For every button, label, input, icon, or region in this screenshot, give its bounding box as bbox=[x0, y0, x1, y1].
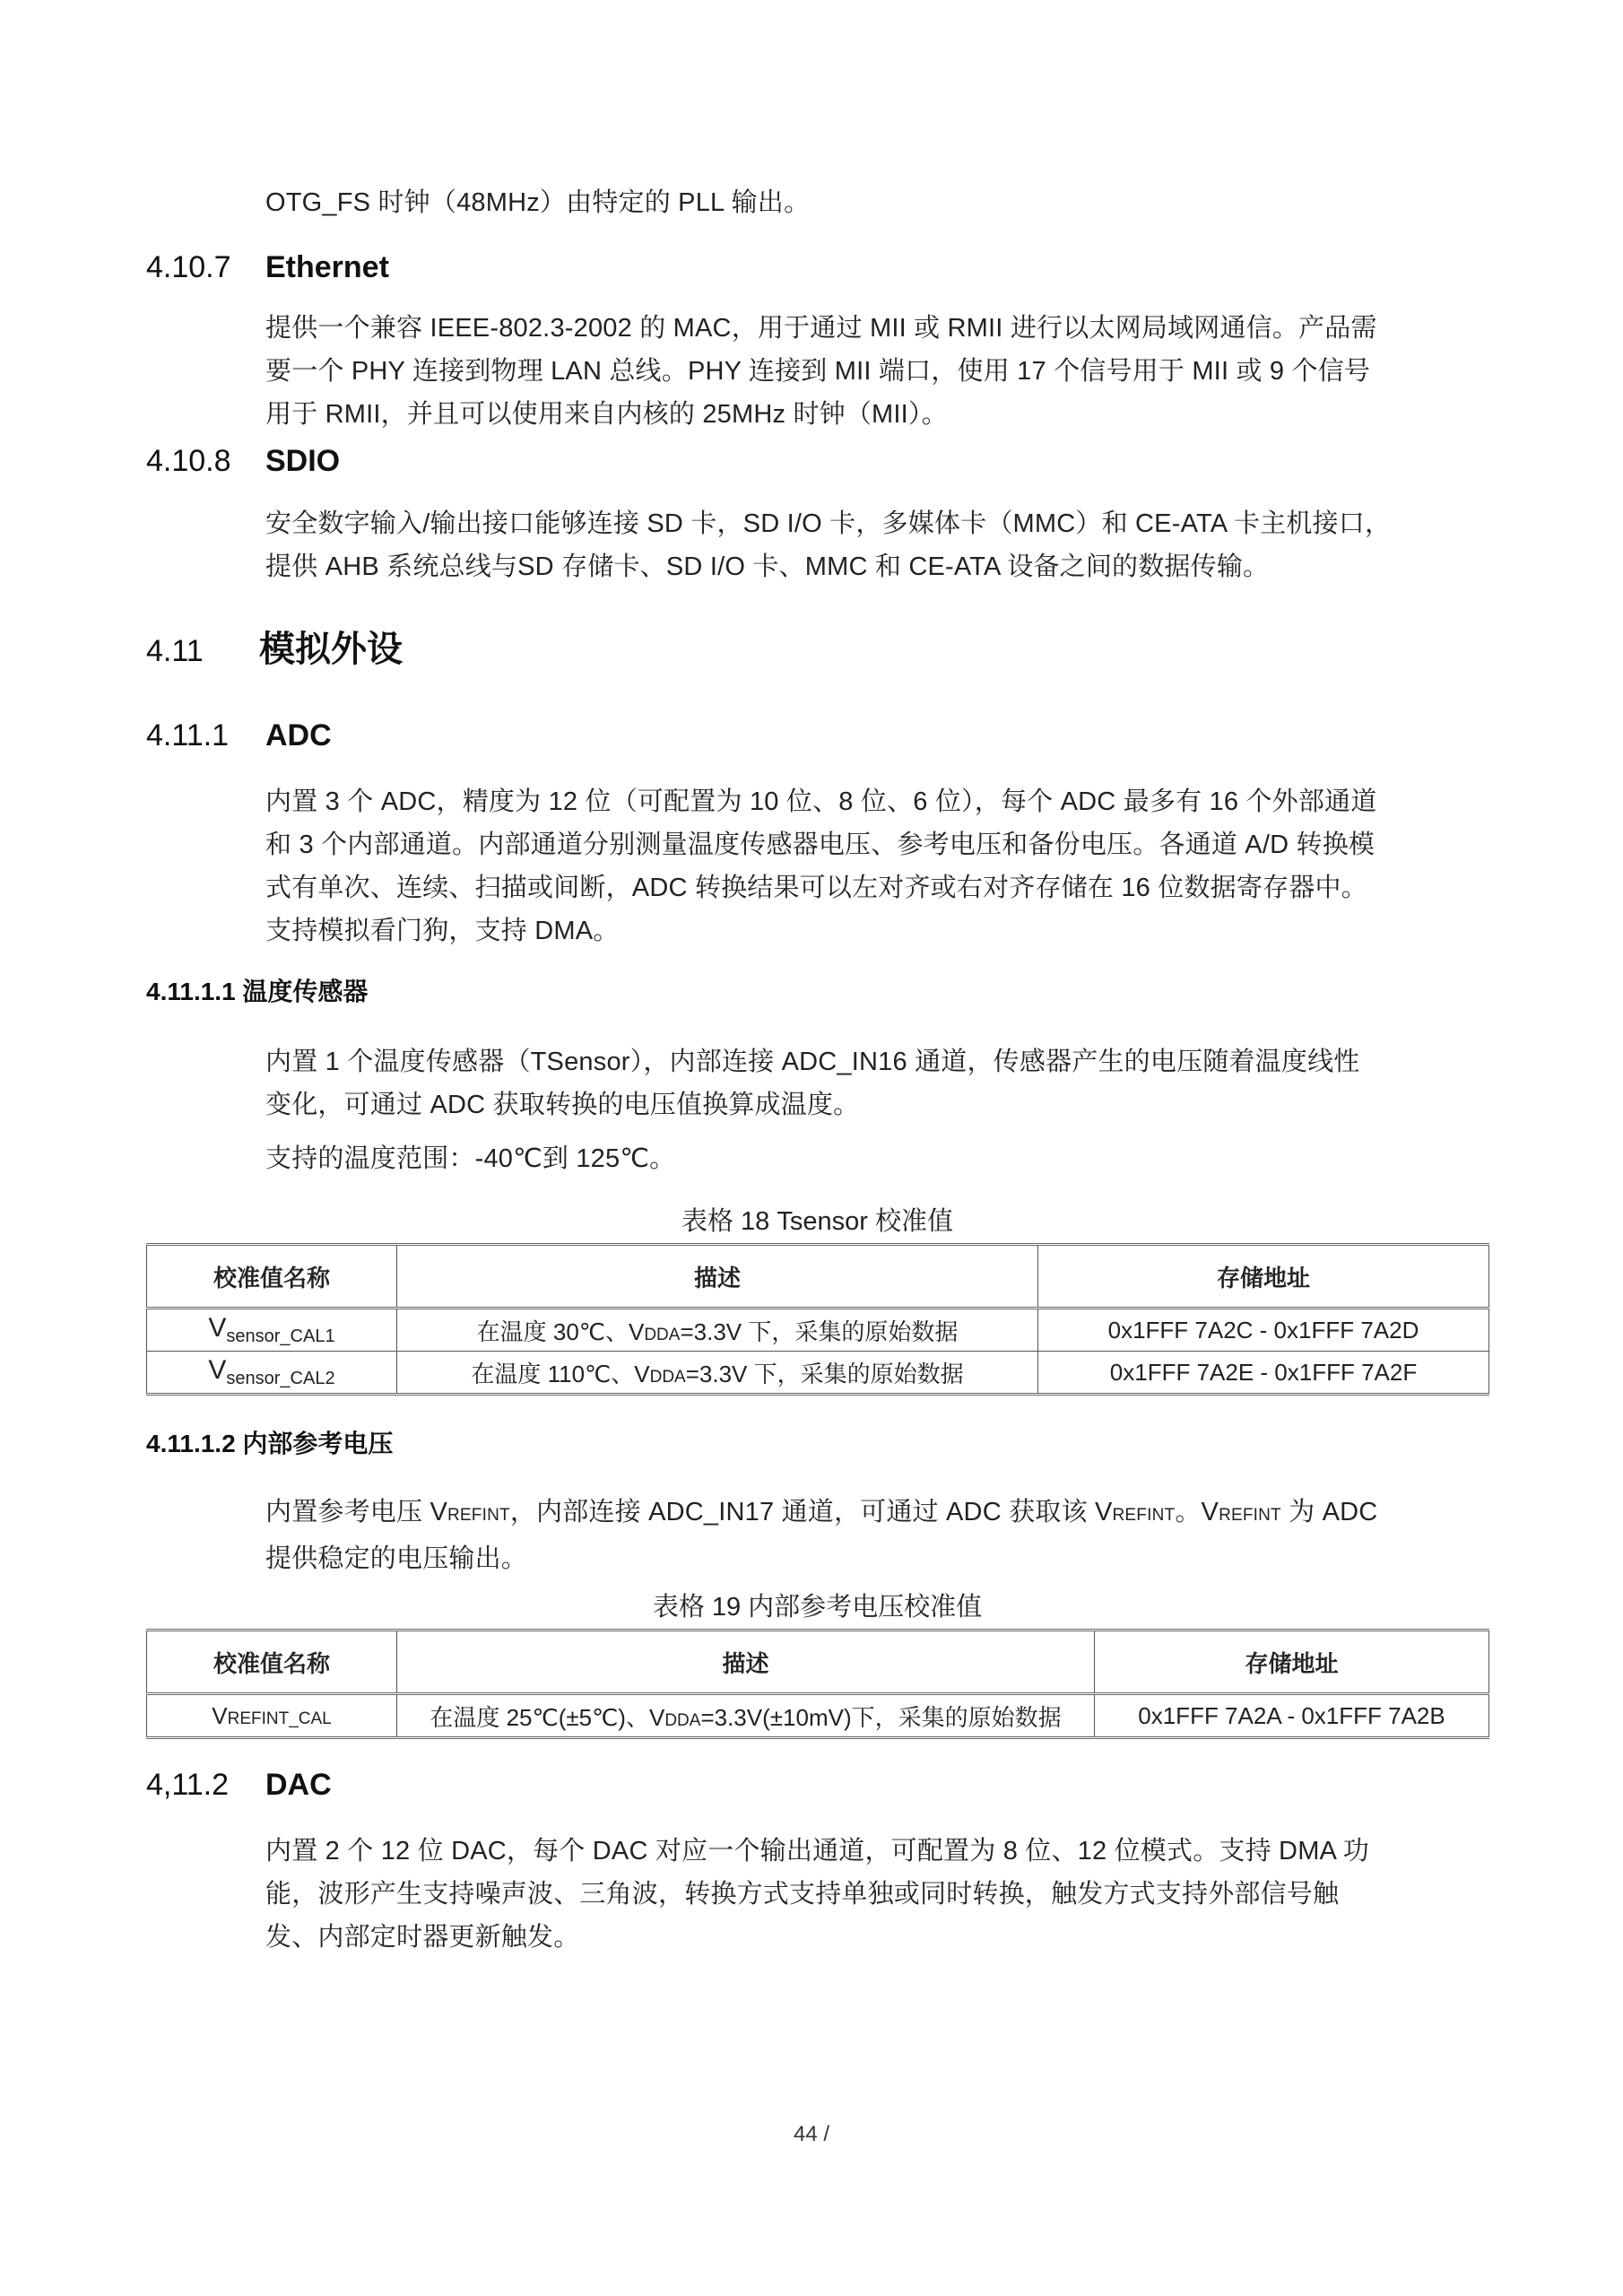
calibration-description: 在温度 30℃、VDDA=3.3V 下，采集的原始数据 bbox=[397, 1309, 1038, 1352]
text-line: 内置参考电压 VREFINT，内部连接 ADC_IN17 通道，可通过 ADC … bbox=[265, 1491, 1485, 1537]
text-line: 能，波形产生支持噪声波、三角波，转换方式支持单独或同时转换，触发方式支持外部信号… bbox=[265, 1873, 1485, 1916]
section-heading-analog-peripherals: 4.11模拟外设 bbox=[146, 628, 403, 673]
calibration-description: 在温度 25℃(±5℃)、VDDA=3.3V(±10mV)下，采集的原始数据 bbox=[397, 1694, 1095, 1738]
table-19-caption: 表格 19 内部参考电压校准值 bbox=[146, 1591, 1488, 1623]
table-row: VREFINT_CAL 在温度 25℃(±5℃)、VDDA=3.3V(±10mV… bbox=[147, 1694, 1489, 1738]
text-line: 安全数字输入/输出接口能够连接 SD 卡，SD I/O 卡，多媒体卡（MMC）和… bbox=[265, 502, 1485, 545]
section-title: Ethernet bbox=[265, 250, 389, 284]
intro-paragraph: OTG_FS 时钟（48MHz）由特定的 PLL 输出。 bbox=[265, 181, 1485, 224]
vrefint-paragraph: 内置参考电压 VREFINT，内部连接 ADC_IN17 通道，可通过 ADC … bbox=[265, 1491, 1485, 1580]
section-title: 模拟外设 bbox=[259, 630, 403, 669]
text-line: 变化，可通过 ADC 获取转换的电压值换算成温度。 bbox=[265, 1083, 1485, 1126]
sdio-paragraph: 安全数字输入/输出接口能够连接 SD 卡，SD I/O 卡，多媒体卡（MMC）和… bbox=[265, 502, 1485, 588]
section-title: DAC bbox=[265, 1768, 332, 1802]
text-line: 式有单次、连续、扫描或间断，ADC 转换结果可以左对齐或右对齐存储在 16 位数… bbox=[265, 866, 1485, 909]
table-18-caption: 表格 18 Tsensor 校准值 bbox=[146, 1205, 1488, 1238]
text-line: 提供稳定的电压输出。 bbox=[265, 1537, 1485, 1580]
text-line: 内置 3 个 ADC，精度为 12 位（可配置为 10 位、8 位、6 位），每… bbox=[265, 780, 1485, 823]
text-line: 发、内部定时器更新触发。 bbox=[265, 1916, 1485, 1959]
section-title: SDIO bbox=[265, 444, 340, 478]
calibration-description: 在温度 110℃、VDDA=3.3V 下，采集的原始数据 bbox=[397, 1352, 1038, 1395]
ethernet-paragraph: 提供一个兼容 IEEE-802.3-2002 的 MAC，用于通过 MII 或 … bbox=[265, 307, 1485, 436]
section-number: 4,11.2 bbox=[146, 1767, 265, 1803]
text-line: 用于 RMII，并且可以使用来自内核的 25MHz 时钟（MII）。 bbox=[265, 393, 1485, 436]
text-line: 和 3 个内部通道。内部通道分别测量温度传感器电压、参考电压和备份电压。各通道 … bbox=[265, 823, 1485, 866]
subsection-heading-temperature-sensor: 4.11.1.1 温度传感器 bbox=[146, 976, 368, 1008]
adc-paragraph: 内置 3 个 ADC，精度为 12 位（可配置为 10 位、8 位、6 位），每… bbox=[265, 780, 1485, 952]
text-line: 支持模拟看门狗，支持 DMA。 bbox=[265, 909, 1485, 952]
text-line: 提供 AHB 系统总线与SD 存储卡、SD I/O 卡、MMC 和 CE-ATA… bbox=[265, 545, 1485, 588]
temperature-range: 支持的温度范围：-40℃到 125℃。 bbox=[265, 1137, 1485, 1180]
column-header: 描述 bbox=[397, 1631, 1095, 1694]
table-row: Vsensor_CAL2 在温度 110℃、VDDA=3.3V 下，采集的原始数… bbox=[147, 1352, 1489, 1395]
table-row: Vsensor_CAL1 在温度 30℃、VDDA=3.3V 下，采集的原始数据… bbox=[147, 1309, 1489, 1352]
section-heading-ethernet: 4.10.7Ethernet bbox=[146, 249, 389, 285]
subsection-heading-internal-reference-voltage: 4.11.1.2 内部参考电压 bbox=[146, 1428, 393, 1460]
section-number: 4.11 bbox=[146, 630, 259, 673]
tsensor-paragraph: 内置 1 个温度传感器（TSensor），内部连接 ADC_IN16 通道，传感… bbox=[265, 1040, 1485, 1126]
page-number: 44 / bbox=[0, 2122, 1623, 2147]
text-line: 内置 2 个 12 位 DAC，每个 DAC 对应一个输出通道，可配置为 8 位… bbox=[265, 1830, 1485, 1873]
column-header: 描述 bbox=[397, 1245, 1038, 1309]
column-header: 校准值名称 bbox=[147, 1245, 397, 1309]
text-line: 提供一个兼容 IEEE-802.3-2002 的 MAC，用于通过 MII 或 … bbox=[265, 307, 1485, 350]
table-header-row: 校准值名称 描述 存储地址 bbox=[147, 1245, 1489, 1309]
section-heading-adc: 4.11.1ADC bbox=[146, 717, 332, 753]
column-header: 存储地址 bbox=[1095, 1631, 1489, 1694]
column-header: 存储地址 bbox=[1038, 1245, 1489, 1309]
section-title: ADC bbox=[265, 718, 332, 752]
table-19-vrefint-calibration: 校准值名称 描述 存储地址 VREFINT_CAL 在温度 25℃(±5℃)、V… bbox=[146, 1629, 1489, 1739]
column-header: 校准值名称 bbox=[147, 1631, 397, 1694]
storage-address: 0x1FFF 7A2A - 0x1FFF 7A2B bbox=[1095, 1694, 1489, 1738]
storage-address: 0x1FFF 7A2C - 0x1FFF 7A2D bbox=[1038, 1309, 1489, 1352]
section-heading-sdio: 4.10.8SDIO bbox=[146, 443, 340, 479]
storage-address: 0x1FFF 7A2E - 0x1FFF 7A2F bbox=[1038, 1352, 1489, 1395]
section-heading-dac: 4,11.2DAC bbox=[146, 1767, 332, 1803]
section-number: 4.10.8 bbox=[146, 443, 265, 479]
calibration-name: Vsensor_CAL1 bbox=[147, 1309, 397, 1352]
section-number: 4.11.1 bbox=[146, 717, 265, 753]
text-line: 内置 1 个温度传感器（TSensor），内部连接 ADC_IN16 通道，传感… bbox=[265, 1040, 1485, 1083]
table-header-row: 校准值名称 描述 存储地址 bbox=[147, 1631, 1489, 1694]
table-18-tsensor-calibration: 校准值名称 描述 存储地址 Vsensor_CAL1 在温度 30℃、VDDA=… bbox=[146, 1243, 1489, 1396]
text-line: 要一个 PHY 连接到物理 LAN 总线。PHY 连接到 MII 端口，使用 1… bbox=[265, 350, 1485, 393]
calibration-name: VREFINT_CAL bbox=[147, 1694, 397, 1738]
section-number: 4.10.7 bbox=[146, 249, 265, 285]
calibration-name: Vsensor_CAL2 bbox=[147, 1352, 397, 1395]
dac-paragraph: 内置 2 个 12 位 DAC，每个 DAC 对应一个输出通道，可配置为 8 位… bbox=[265, 1830, 1485, 1959]
